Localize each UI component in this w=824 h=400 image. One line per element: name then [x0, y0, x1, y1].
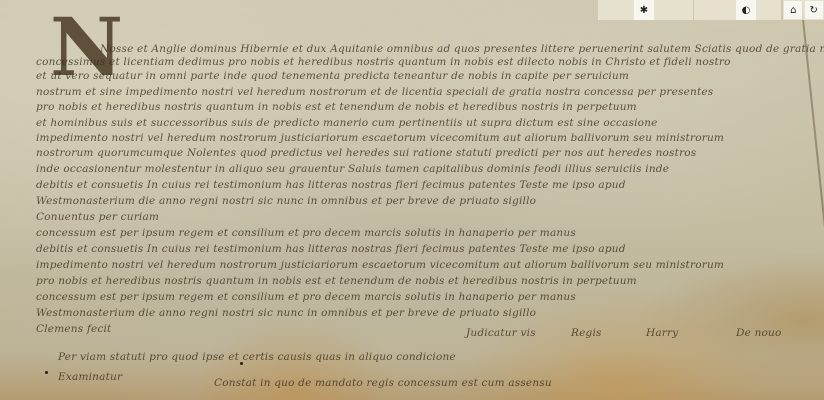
ink-dot [240, 362, 243, 365]
brightness-slider[interactable]: ✱ [598, 0, 693, 20]
brightness-slider-track[interactable]: ✱ [598, 0, 693, 20]
manuscript-footer-text: Regis [571, 327, 602, 339]
contrast-slider[interactable]: ◐ [694, 0, 781, 20]
manuscript-line: et ut vero sequatur in omni parte inde q… [36, 70, 629, 82]
manuscript-line: pro nobis et heredibus nostris quantum i… [36, 275, 637, 287]
manuscript-line: Clemens fecit [36, 323, 111, 335]
rotate-icon[interactable]: ↻ [805, 1, 823, 19]
image-viewer[interactable]: N Nosse et Anglie dominus Hibernie et du… [0, 0, 824, 400]
brightness-icon[interactable]: ✱ [634, 0, 654, 20]
manuscript-footer-text: Judicatur vis [466, 327, 536, 339]
viewer-nav-controls: ⌂ ↻ [783, 0, 824, 20]
manuscript-lower-line: Examinatur [58, 371, 122, 383]
manuscript-line: debitis et consuetis In cuius rei testim… [36, 243, 626, 255]
contrast-slider-track[interactable]: ◐ [694, 0, 781, 20]
manuscript-line: impedimento nostri vel heredum nostrorum… [36, 132, 724, 144]
manuscript-line: Westmonasterium die anno regni nostri si… [36, 307, 536, 319]
manuscript-line: concessimus et licentiam dedimus pro nob… [36, 56, 731, 68]
manuscript-footer-text: Harry [646, 327, 678, 339]
manuscript-line: nostrum et sine impedimento nostri vel h… [36, 86, 713, 98]
manuscript-line: Westmonasterium die anno regni nostri si… [36, 195, 536, 207]
manuscript-footer-text: De nouo [736, 327, 782, 339]
ink-dot [45, 371, 48, 374]
manuscript-line: concessum est per ipsum regem et consili… [36, 291, 576, 303]
manuscript-line: inde occasionentur molestentur in aliquo… [36, 163, 669, 175]
manuscript-line: impedimento nostri vel heredum nostrorum… [36, 259, 724, 271]
manuscript-line: et hominibus suis et successoribus suis … [36, 117, 658, 129]
manuscript-lower-line: Constat in quo de mandato regis concessu… [214, 377, 552, 389]
manuscript-line: debitis et consuetis In cuius rei testim… [36, 179, 626, 191]
contrast-icon[interactable]: ◐ [736, 0, 756, 20]
manuscript-line: concessum est per ipsum regem et consili… [36, 227, 576, 239]
manuscript-line: nostrorum quorumcumque Nolentes quod pre… [36, 147, 696, 159]
home-icon[interactable]: ⌂ [784, 1, 802, 19]
manuscript-line: Conuentus per curiam [36, 211, 159, 223]
manuscript-line: pro nobis et heredibus nostris quantum i… [36, 101, 637, 113]
manuscript-line: Nosse et Anglie dominus Hibernie et dux … [100, 43, 824, 55]
manuscript-lower-line: Per viam statuti pro quod ipse et certis… [58, 351, 456, 363]
